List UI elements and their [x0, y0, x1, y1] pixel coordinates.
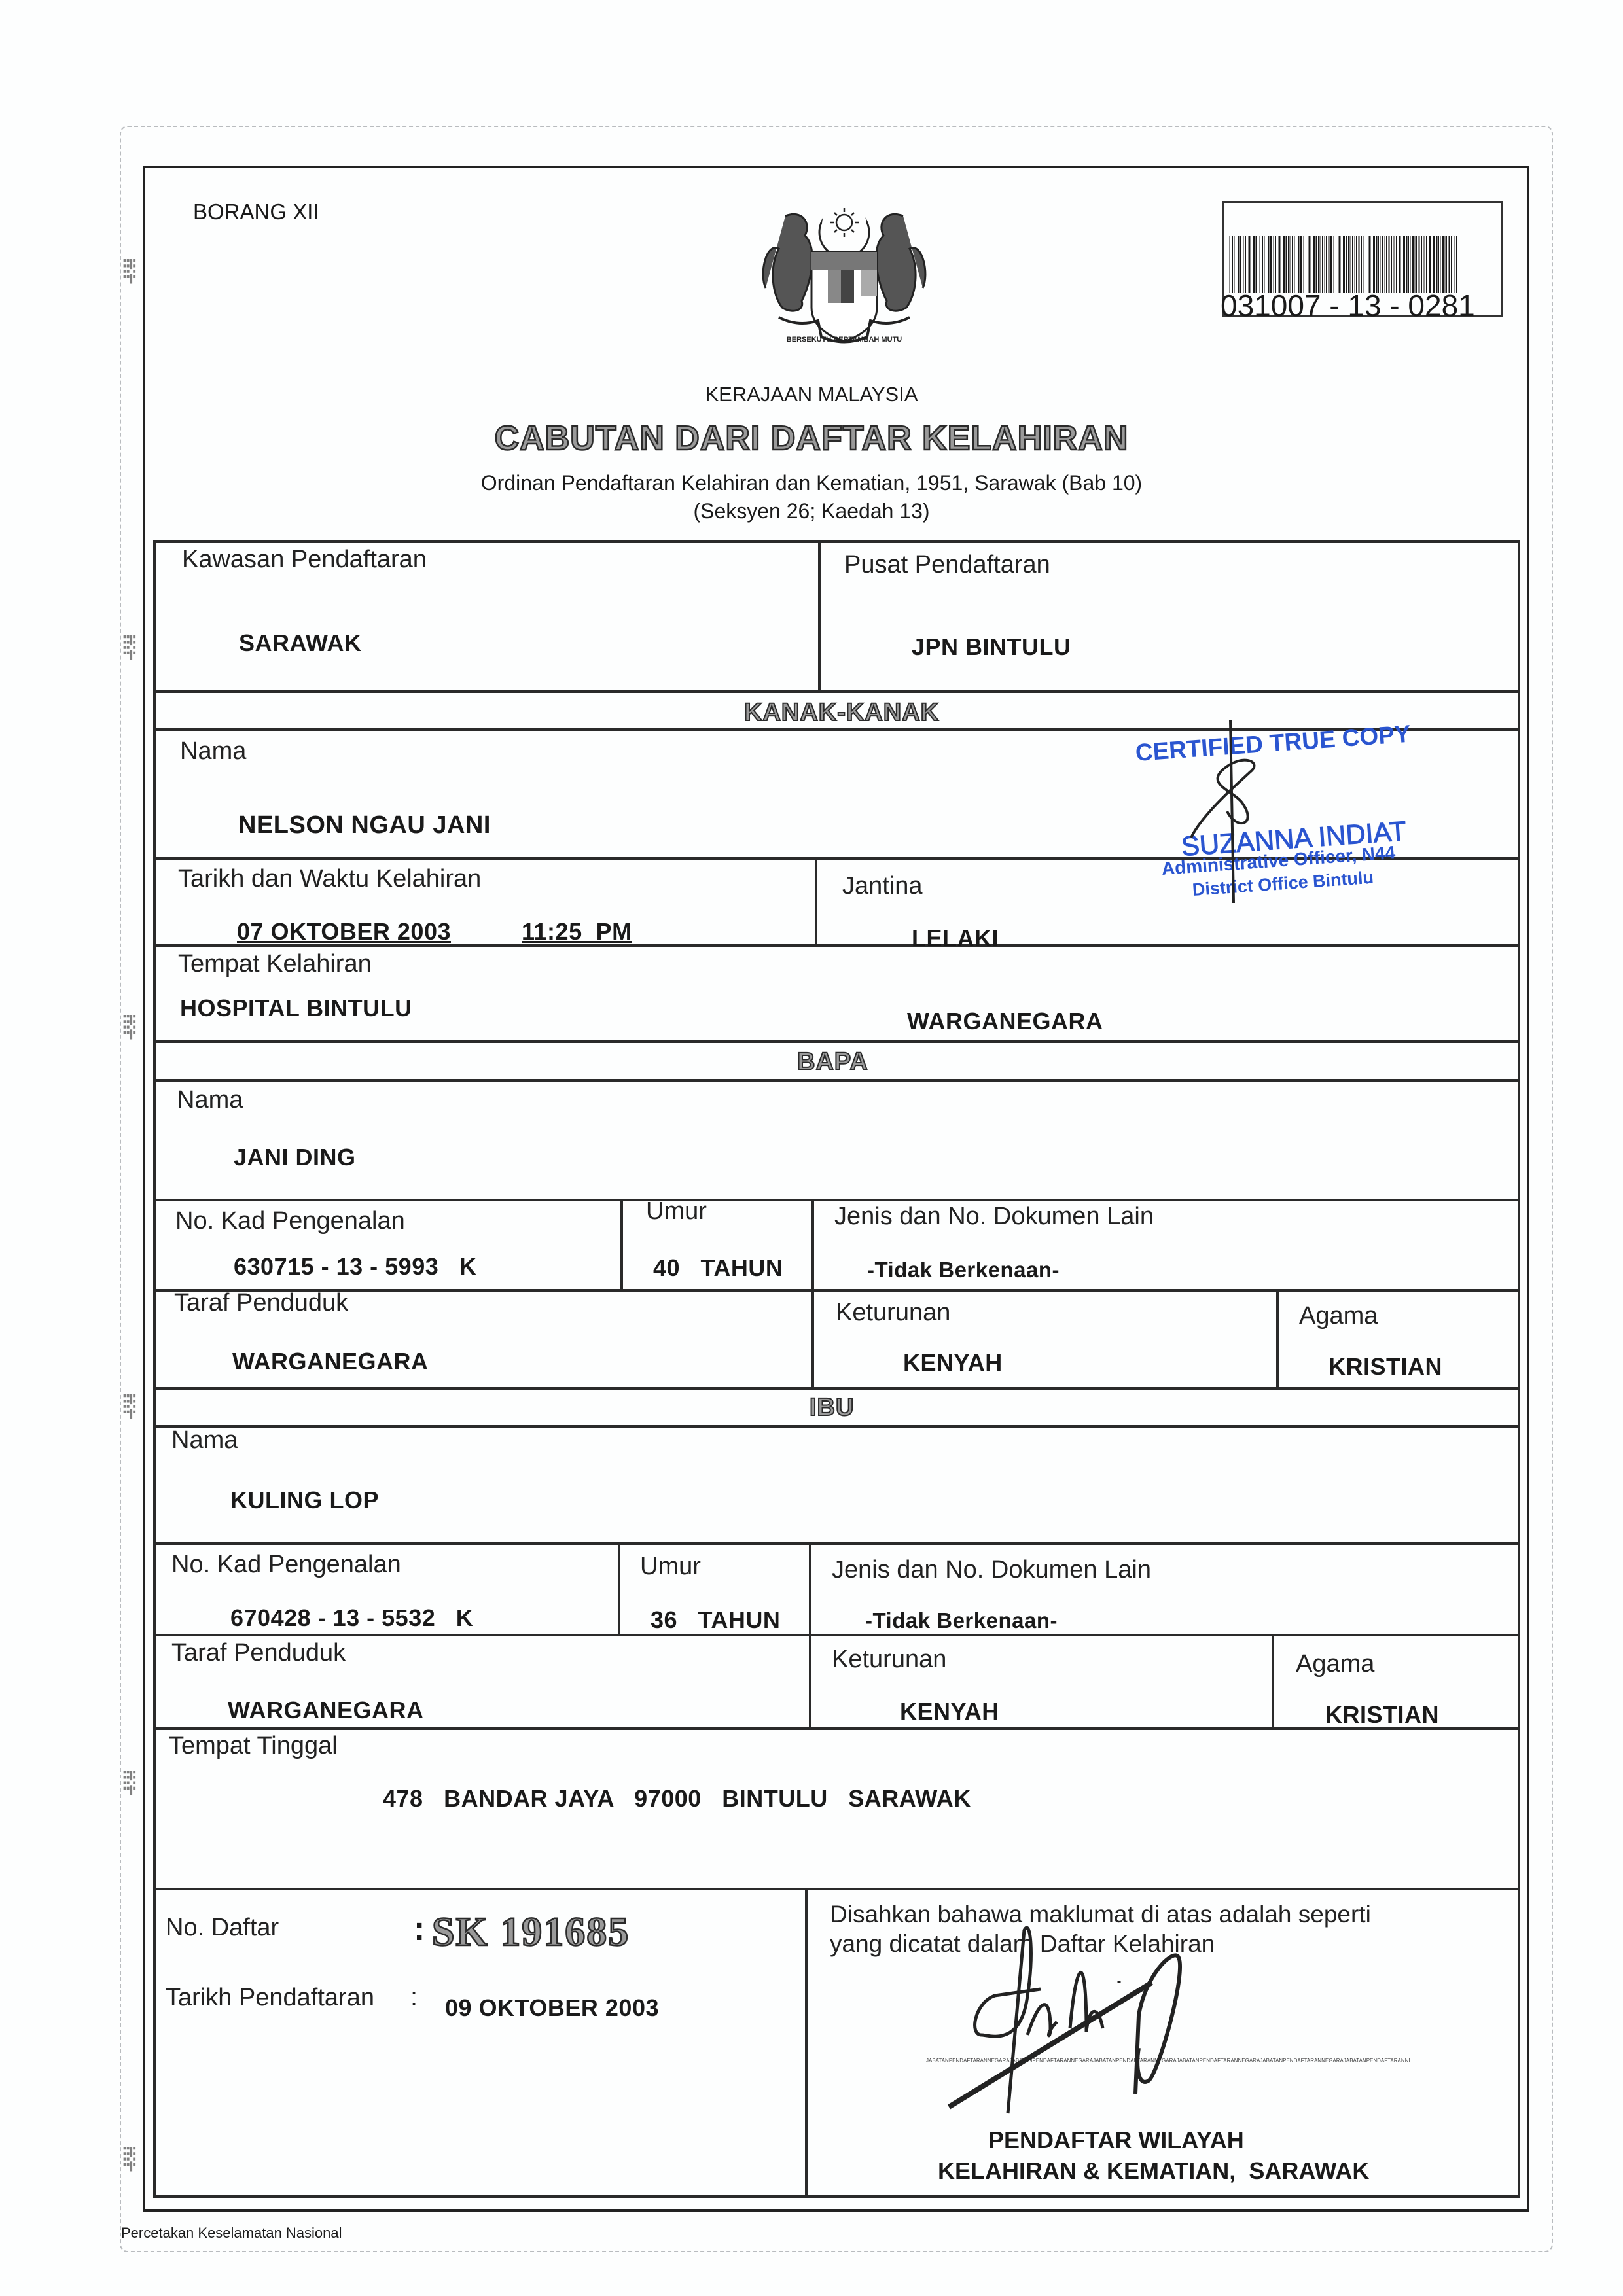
ordinance-reference: Ordinan Pendaftaran Kelahiran dan Kemati…: [0, 471, 1623, 495]
officer-signature-icon: [1165, 713, 1296, 910]
divider: [1276, 1289, 1279, 1387]
reg-no-label: No. Daftar: [166, 1914, 279, 1942]
registrar-title-line-1: PENDAFTAR WILAYAH: [988, 2127, 1244, 2154]
father-ic: 630715 - 13 - 5993 K: [234, 1253, 476, 1280]
mother-age-label: Umur: [640, 1553, 701, 1581]
scan-artifact: ⁞⁞¦⁞: [121, 255, 134, 285]
rule: [153, 1542, 1520, 1545]
rule: [153, 2195, 1520, 2198]
printer-credit: Percetakan Keselamatan Nasional: [121, 2225, 342, 2242]
mother-religion: KRISTIAN: [1325, 1701, 1439, 1729]
registrar-title-line-2: KELAHIRAN & KEMATIAN, SARAWAK: [938, 2157, 1369, 2185]
divider: [815, 857, 817, 944]
registration-area-value: SARAWAK: [239, 629, 362, 657]
divider: [811, 1199, 814, 1387]
mother-ethnicity: KENYAH: [900, 1698, 999, 1725]
svg-text:BERSEKUTU BERTAMBAH MUTU: BERSEKUTU BERTAMBAH MUTU: [787, 336, 902, 344]
divider: [620, 1199, 623, 1289]
mother-ic: 670428 - 13 - 5532 K: [230, 1604, 473, 1632]
table-left-border: [153, 540, 156, 2198]
barcode-number: 031007 - 13 - 0281: [1221, 288, 1475, 323]
mother-other-doc: -Tidak Berkenaan-: [865, 1608, 1058, 1633]
rule: [153, 1727, 1520, 1730]
birthplace-value: HOSPITAL BINTULU: [180, 995, 412, 1022]
rule: [153, 1040, 1520, 1043]
registration-area-label: Kawasan Pendaftaran: [182, 546, 427, 574]
mother-name-label: Nama: [171, 1426, 238, 1455]
form-number: BORANG XII: [193, 200, 319, 224]
father-religion-label: Agama: [1299, 1302, 1378, 1330]
birthplace-label: Tempat Kelahiran: [178, 950, 372, 978]
birth-time: 11:25 PM: [522, 918, 632, 945]
father-ethnicity: KENYAH: [903, 1349, 1003, 1377]
divider: [618, 1542, 620, 1634]
section-father: BAPA: [797, 1048, 868, 1076]
father-other-doc-label: Jenis dan No. Dokumen Lain: [834, 1203, 1154, 1231]
registration-centre-value: JPN BINTULU: [912, 633, 1071, 661]
rule: [153, 1199, 1520, 1201]
mother-ic-label: No. Kad Pengenalan: [171, 1551, 401, 1579]
mother-name: KULING LOP: [230, 1487, 379, 1514]
divider: [818, 540, 821, 690]
father-religion: KRISTIAN: [1329, 1353, 1442, 1381]
divider: [805, 1888, 808, 2195]
divider: [1272, 1634, 1274, 1727]
barcode-box: 031007 - 13 - 0281: [1222, 201, 1503, 317]
gender-value: LELAKI: [912, 925, 999, 952]
child-name: NELSON NGAU JANI: [238, 811, 491, 839]
mother-other-doc-label: Jenis dan No. Dokumen Lain: [832, 1556, 1151, 1584]
document-title: CABUTAN DARI DAFTAR KELAHIRAN: [0, 419, 1623, 458]
father-name-label: Nama: [177, 1086, 243, 1114]
father-name: JANI DING: [234, 1144, 356, 1171]
father-ethnicity-label: Keturunan: [836, 1299, 950, 1327]
scan-artifact: ⁞⁞¦⁞: [121, 2143, 134, 2172]
rule: [153, 1079, 1520, 1082]
reg-no-colon: :: [414, 1909, 425, 1949]
malaysia-coat-of-arms-icon: BERSEKUTU BERTAMBAH MUTU: [740, 196, 949, 350]
gender-label: Jantina: [842, 872, 923, 900]
scan-artifact: ⁞⁞¦⁞: [121, 1011, 134, 1040]
section-child: KANAK-KANAK: [744, 699, 939, 727]
rule: [153, 690, 1520, 693]
child-citizenship: WARGANEGARA: [907, 1008, 1103, 1035]
rule: [153, 1289, 1520, 1292]
rule: [153, 1425, 1520, 1428]
father-age: 40 TAHUN: [653, 1254, 783, 1282]
reg-date-colon: :: [410, 1983, 418, 2012]
divider: [809, 1542, 811, 1727]
residence-address: 478 BANDAR JAYA 97000 BINTULU SARAWAK: [383, 1785, 971, 1812]
father-ic-label: No. Kad Pengenalan: [175, 1207, 405, 1235]
birth-datetime-label: Tarikh dan Waktu Kelahiran: [178, 865, 481, 893]
mother-residency: WARGANEGARA: [228, 1697, 424, 1724]
rule: [153, 1387, 1520, 1390]
scan-artifact: ⁞⁞¦⁞: [121, 1767, 134, 1796]
mother-age: 36 TAHUN: [651, 1606, 780, 1634]
registrar-signature-icon: [910, 1917, 1237, 2127]
reg-date-label: Tarikh Pendaftaran: [166, 1984, 374, 2012]
registration-number: SK 191685: [432, 1909, 630, 1956]
barcode-icon: [1226, 236, 1462, 294]
government-name: KERAJAAN MALAYSIA: [0, 383, 1623, 406]
residence-label: Tempat Tinggal: [169, 1732, 338, 1760]
mother-residency-label: Taraf Penduduk: [171, 1639, 346, 1667]
rule: [153, 1888, 1520, 1890]
father-residency-label: Taraf Penduduk: [174, 1289, 348, 1317]
section-mother: IBU: [810, 1394, 854, 1422]
mother-religion-label: Agama: [1296, 1650, 1374, 1678]
table-right-border: [1518, 540, 1520, 2198]
registration-centre-label: Pusat Pendaftaran: [844, 551, 1050, 579]
rule: [153, 540, 1520, 543]
section-reference: (Seksyen 26; Kaedah 13): [0, 499, 1623, 523]
mother-ethnicity-label: Keturunan: [832, 1646, 946, 1674]
birth-date: 07 OKTOBER 2003: [237, 918, 451, 945]
child-name-label: Nama: [180, 737, 246, 766]
father-age-label: Umur: [646, 1197, 707, 1226]
rule: [153, 1634, 1520, 1636]
registration-date: 09 OKTOBER 2003: [445, 1994, 659, 2022]
father-residency: WARGANEGARA: [232, 1348, 429, 1375]
scan-artifact: ⁞⁞¦⁞: [121, 631, 134, 661]
scan-artifact: ⁞⁞¦⁞: [121, 1390, 134, 1420]
father-other-doc: -Tidak Berkenaan-: [867, 1258, 1060, 1282]
